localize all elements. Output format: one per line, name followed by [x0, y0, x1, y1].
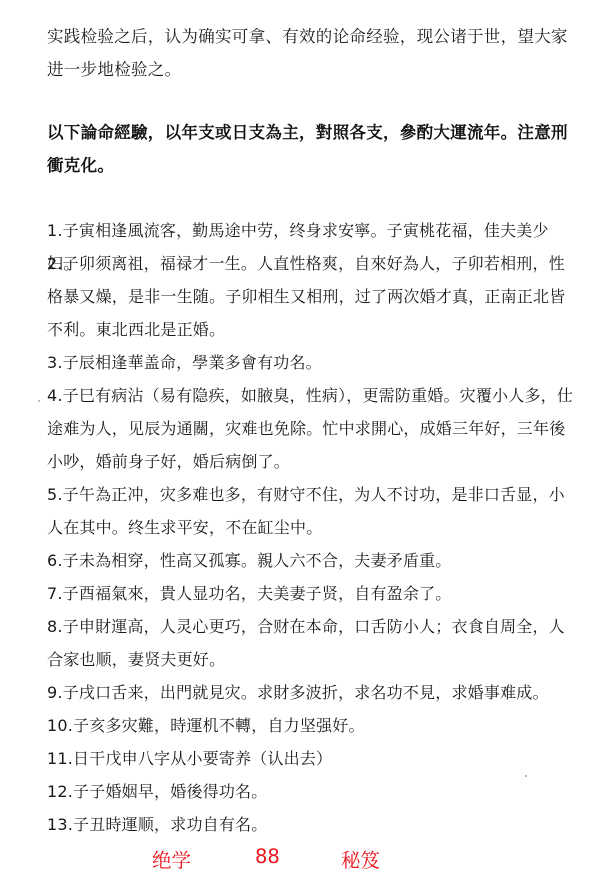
footer-number: 88 — [255, 845, 280, 868]
heading-paragraph: 以下論命經驗，以年支或日支為主，對照各支，參酌大運流年。注意刑衝克化。 — [47, 116, 577, 182]
list-item-6: 6.子未為相穿，性高又孤寡。親人六不合，夫妻矛盾重。 — [47, 544, 581, 577]
footer-left-text: 绝学 — [152, 845, 191, 873]
scan-speck — [525, 775, 527, 777]
document-page: 实践检验之后，认为确实可拿、有效的论命经验，现公诸于世，望大家进一步地检验之。 … — [0, 0, 613, 888]
list-item-4: 4.子巳有病沾（易有隐疾，如腋臭，性病），更需防重婚。灾覆小人多，仕途难为人，见… — [47, 379, 581, 478]
list-item-13: 13.子丑時運顺，求功自有名。 — [47, 808, 581, 841]
list-item-7: 7.子酉福氣來，貴人显功名，夫美妻子贤，自有盈余了。 — [47, 577, 581, 610]
list-item-8: 8.子申財運高，人灵心更巧，合财在本命，口舌防小人；衣食自周全，人合家也顺，妻贤… — [47, 610, 581, 676]
list-item-10: 10.子亥多灾難，時運机不轉，自力坚强好。 — [47, 709, 581, 742]
list-item-11: 11.日干戊申八字从小要寄养（认出去） — [47, 742, 581, 775]
list-item-2: 2.子卯须离祖，福禄才一生。人直性格爽，自來好為人，子卯若相刑，性格暴又燥，是非… — [47, 247, 581, 346]
list-item-3: 3.子辰相逢華盖命，學業多會有功名。 — [47, 346, 581, 379]
list-item-5: 5.子午為正冲，灾多难也多，有财守不住，为人不讨功，是非口舌显，小人在其中。终生… — [47, 478, 581, 544]
footer-watermark: 绝学 88 秘笈 — [0, 845, 613, 875]
footer-right-text: 秘笈 — [341, 845, 380, 873]
list-item-12: 12.子子婚姻早，婚後得功名。 — [47, 775, 581, 808]
scan-speck — [38, 400, 40, 402]
intro-paragraph: 实践检验之后，认为确实可拿、有效的论命经验，现公诸于世，望大家进一步地检验之。 — [47, 20, 577, 86]
list-item-9: 9.子戌口舌来，出門就見灾。求財多波折，求名功不見，求婚事难成。 — [47, 676, 581, 709]
